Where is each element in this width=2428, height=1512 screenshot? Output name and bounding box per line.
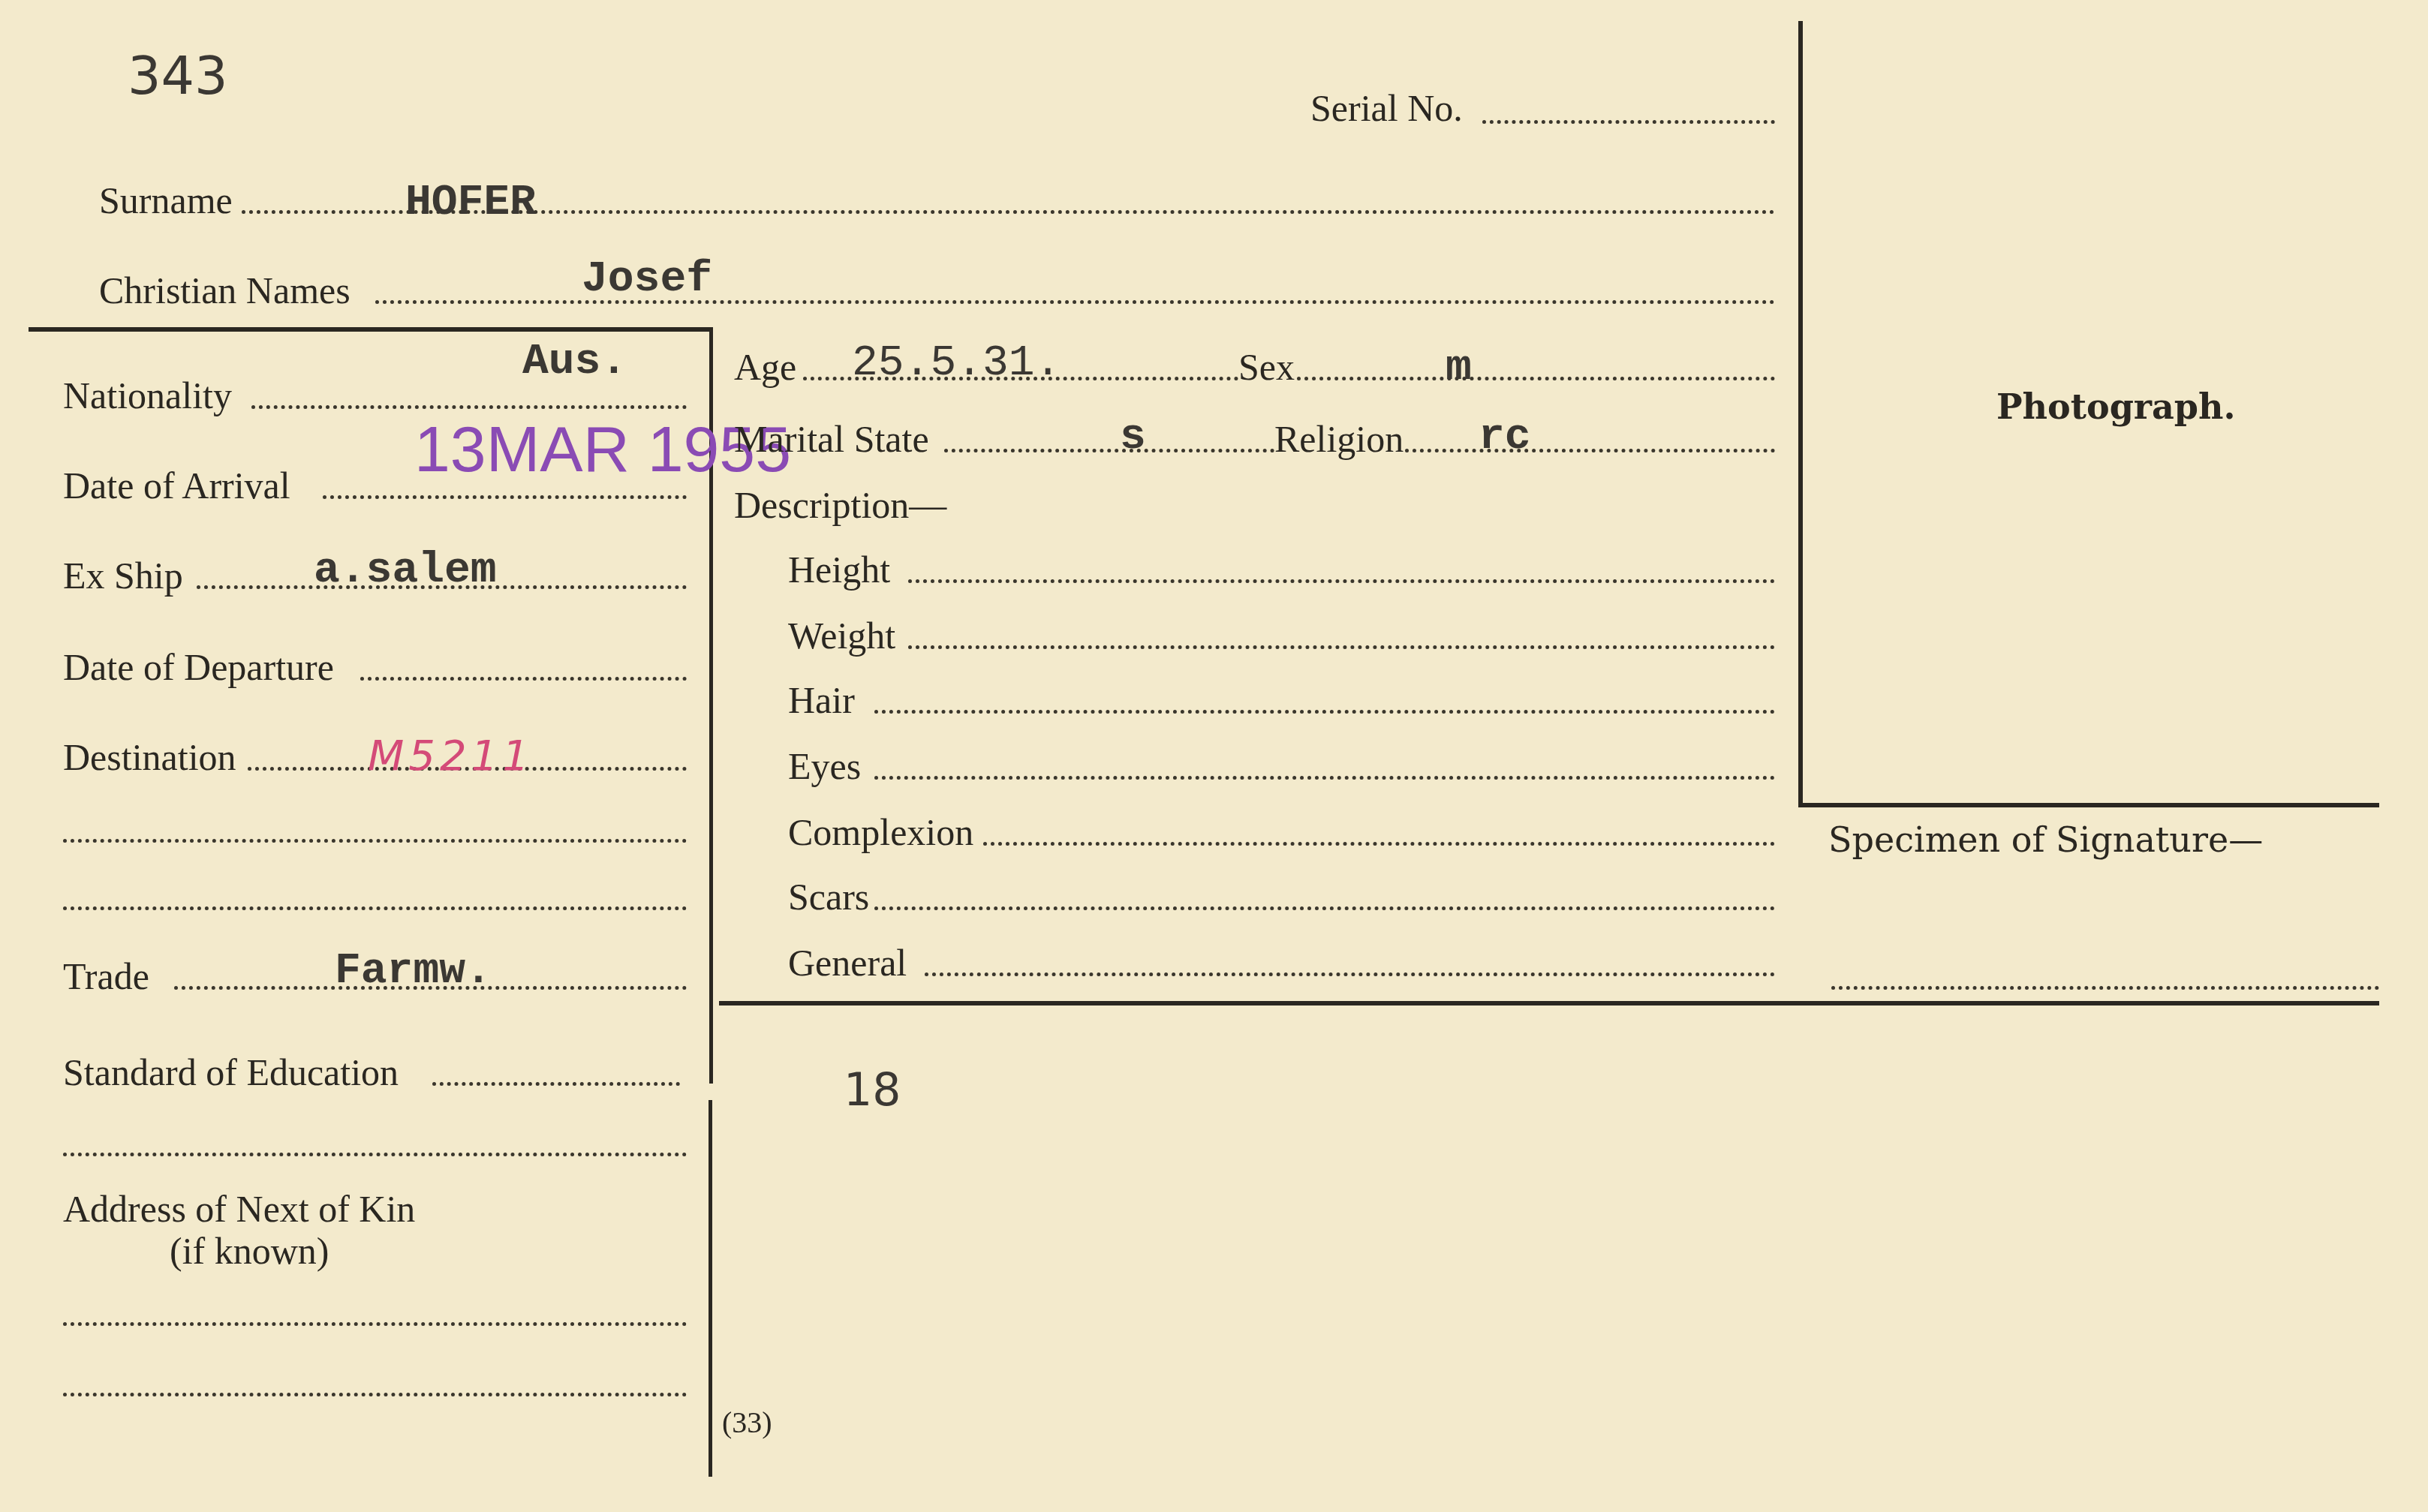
height-label: Height bbox=[788, 548, 890, 591]
trade-label: Trade bbox=[63, 954, 149, 998]
form-code: (33) bbox=[722, 1405, 772, 1440]
serial-no-label: Serial No. bbox=[1310, 86, 1463, 130]
date-of-departure-label: Date of Departure bbox=[63, 645, 334, 689]
sex-value: m bbox=[1446, 344, 1472, 392]
scars-label: Scars bbox=[788, 875, 869, 918]
sex-label: Sex bbox=[1238, 345, 1295, 389]
next-of-kin-line-1[interactable] bbox=[63, 1322, 687, 1326]
general-field[interactable] bbox=[925, 972, 1775, 976]
ex-ship-label: Ex Ship bbox=[63, 554, 183, 597]
religion-field[interactable] bbox=[1405, 449, 1775, 452]
marital-state-field[interactable] bbox=[944, 449, 1274, 452]
destination-label: Destination bbox=[63, 735, 236, 779]
general-label: General bbox=[788, 941, 907, 984]
next-of-kin-sublabel: (if known) bbox=[170, 1229, 329, 1273]
marital-state-label: Marital State bbox=[734, 417, 929, 461]
file-number: 343 bbox=[128, 45, 228, 107]
surname-value: HOFER bbox=[405, 179, 536, 227]
religion-value: rc bbox=[1479, 413, 1531, 461]
surname-label: Surname bbox=[99, 179, 233, 222]
christian-names-label: Christian Names bbox=[99, 269, 351, 312]
hair-label: Hair bbox=[788, 678, 855, 722]
next-of-kin-line-2[interactable] bbox=[63, 1393, 687, 1396]
standard-of-education-field[interactable] bbox=[432, 1082, 680, 1086]
description-bottom-rule bbox=[719, 1001, 2379, 1005]
complexion-field[interactable] bbox=[983, 842, 1775, 846]
marital-state-value: s bbox=[1120, 413, 1146, 461]
destination-value: M5211 bbox=[368, 732, 534, 780]
left-top-rule bbox=[29, 327, 713, 332]
education-extra-line[interactable] bbox=[63, 1153, 687, 1156]
weight-field[interactable] bbox=[908, 645, 1775, 649]
nationality-field[interactable] bbox=[251, 405, 687, 409]
date-of-arrival-label: Date of Arrival bbox=[63, 464, 290, 507]
photograph-label: Photograph. bbox=[1996, 386, 2235, 427]
age-value: 25.5.31. bbox=[852, 339, 1061, 388]
ex-ship-value: a.salem bbox=[314, 546, 497, 595]
trade-value: Farmw. bbox=[335, 947, 492, 996]
eyes-field[interactable] bbox=[874, 776, 1775, 780]
destination-extra-line-2[interactable] bbox=[63, 906, 687, 910]
description-label: Description— bbox=[734, 483, 946, 527]
nationality-label: Nationality bbox=[63, 374, 232, 417]
sex-field[interactable] bbox=[1297, 377, 1775, 380]
nationality-value: Aus. bbox=[522, 338, 627, 386]
left-vertical-rule-lower bbox=[709, 1100, 712, 1477]
religion-label: Religion bbox=[1274, 417, 1404, 461]
registration-card: 343 Serial No. Surname HOFER Christian N… bbox=[0, 0, 2428, 1512]
christian-names-value: Josef bbox=[582, 255, 712, 304]
annotation-number: 18 bbox=[844, 1064, 901, 1117]
hair-field[interactable] bbox=[874, 710, 1775, 714]
destination-extra-line-1[interactable] bbox=[63, 839, 687, 843]
scars-field[interactable] bbox=[874, 906, 1775, 910]
complexion-label: Complexion bbox=[788, 810, 973, 854]
standard-of-education-label: Standard of Education bbox=[63, 1051, 399, 1094]
eyes-label: Eyes bbox=[788, 744, 861, 788]
next-of-kin-label: Address of Next of Kin bbox=[63, 1187, 415, 1231]
date-of-departure-field[interactable] bbox=[360, 677, 687, 681]
height-field[interactable] bbox=[908, 579, 1775, 583]
photo-left-rule bbox=[1798, 21, 1803, 806]
signature-field[interactable] bbox=[1831, 986, 2379, 990]
serial-no-field[interactable] bbox=[1482, 120, 1775, 124]
weight-label: Weight bbox=[788, 614, 895, 657]
age-label: Age bbox=[734, 345, 796, 389]
photo-bottom-rule bbox=[1798, 803, 2379, 807]
date-of-arrival-field[interactable] bbox=[323, 495, 687, 499]
signature-label: Specimen of Signature— bbox=[1828, 819, 2263, 860]
